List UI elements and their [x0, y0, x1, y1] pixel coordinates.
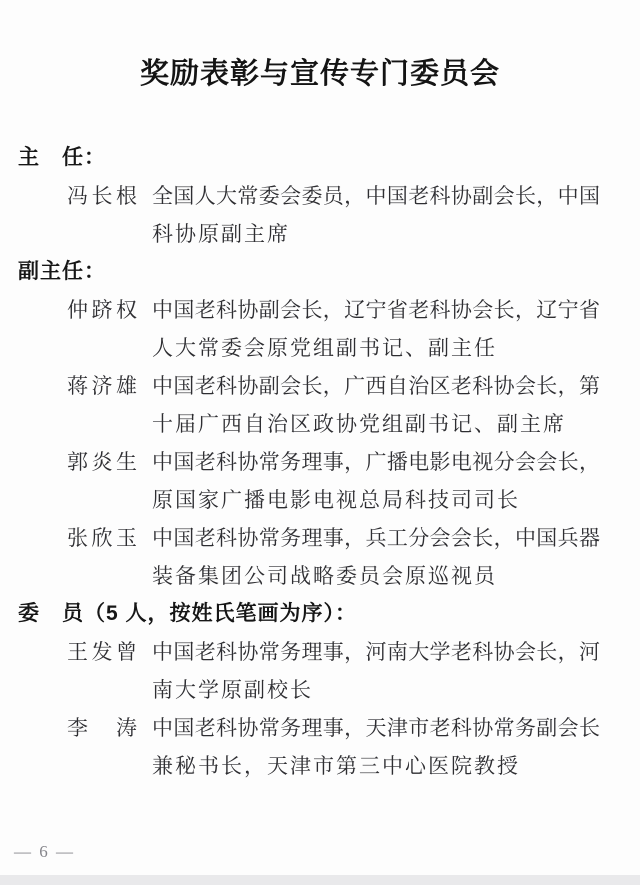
member-desc-line: 十届广西自治区政协党组副书记、副主席 — [152, 405, 600, 443]
member-name-spacer — [67, 481, 137, 519]
member-desc-line: 南大学原副校长 — [152, 671, 600, 709]
member-name: 王发曾 — [67, 633, 137, 671]
member-name-spacer — [67, 329, 137, 367]
member-row: 郭炎生 中国老科协常务理事，广播电影电视分会会长， — [67, 443, 640, 481]
member-name-spacer — [67, 215, 137, 253]
member-desc-line: 装备集团公司战略委员会原巡视员 — [152, 557, 600, 595]
member-name: 仲跻权 — [67, 291, 137, 329]
member-row-continuation: 科协原副主席 — [67, 215, 640, 253]
member-desc-line: 中国老科协常务理事，天津市老科协常务副会长 — [152, 709, 600, 747]
member-row-continuation: 人大常委会原党组副书记、副主任 — [67, 329, 640, 367]
committee-list: 主 任： 冯长根 全国人大常委会委员，中国老科协副会长，中国 科协原副主席 副主… — [0, 139, 640, 785]
member-row-continuation: 原国家广播电影电视总局科技司司长 — [67, 481, 640, 519]
member-name-spacer — [67, 747, 137, 785]
scan-edge-strip — [0, 875, 640, 885]
member-desc-line: 中国老科协常务理事，广播电影电视分会会长， — [152, 443, 600, 481]
member-name: 李 涛 — [67, 709, 137, 747]
member-desc-line: 科协原副主席 — [152, 215, 600, 253]
member-row: 李 涛 中国老科协常务理事，天津市老科协常务副会长 — [67, 709, 640, 747]
member-row-continuation: 兼秘书长，天津市第三中心医院教授 — [67, 747, 640, 785]
section-heading-deputy-directors: 副主任： — [18, 253, 640, 291]
member-desc-line: 全国人大常委会委员，中国老科协副会长，中国 — [152, 177, 600, 215]
page-number: — 6 — — [14, 842, 75, 862]
member-row-continuation: 南大学原副校长 — [67, 671, 640, 709]
member-row: 蒋济雄 中国老科协副会长，广西自治区老科协会长，第 — [67, 367, 640, 405]
member-row: 仲跻权 中国老科协副会长，辽宁省老科协会长，辽宁省 — [67, 291, 640, 329]
member-name: 张欣玉 — [67, 519, 137, 557]
section-heading-director: 主 任： — [18, 139, 640, 177]
member-desc-line: 人大常委会原党组副书记、副主任 — [152, 329, 600, 367]
member-desc-line: 原国家广播电影电视总局科技司司长 — [152, 481, 600, 519]
member-name: 冯长根 — [67, 177, 137, 215]
member-desc-line: 中国老科协副会长，广西自治区老科协会长，第 — [152, 367, 600, 405]
page-title: 奖励表彰与宣传专门委员会 — [0, 0, 640, 94]
member-desc-line: 中国老科协副会长，辽宁省老科协会长，辽宁省 — [152, 291, 600, 329]
member-name-spacer — [67, 671, 137, 709]
member-desc-line: 中国老科协常务理事，河南大学老科协会长，河 — [152, 633, 600, 671]
member-row-continuation: 装备集团公司战略委员会原巡视员 — [67, 557, 640, 595]
document-page: 奖励表彰与宣传专门委员会 主 任： 冯长根 全国人大常委会委员，中国老科协副会长… — [0, 0, 640, 885]
member-name: 蒋济雄 — [67, 367, 137, 405]
member-name-spacer — [67, 557, 137, 595]
member-desc-line: 兼秘书长，天津市第三中心医院教授 — [152, 747, 600, 785]
section-heading-members: 委 员（5 人，按姓氏笔画为序）： — [18, 595, 640, 633]
member-desc-line: 中国老科协常务理事，兵工分会会长，中国兵器 — [152, 519, 600, 557]
member-row-continuation: 十届广西自治区政协党组副书记、副主席 — [67, 405, 640, 443]
member-name-spacer — [67, 405, 137, 443]
member-name: 郭炎生 — [67, 443, 137, 481]
member-row: 张欣玉 中国老科协常务理事，兵工分会会长，中国兵器 — [67, 519, 640, 557]
member-row: 冯长根 全国人大常委会委员，中国老科协副会长，中国 — [67, 177, 640, 215]
member-row: 王发曾 中国老科协常务理事，河南大学老科协会长，河 — [67, 633, 640, 671]
